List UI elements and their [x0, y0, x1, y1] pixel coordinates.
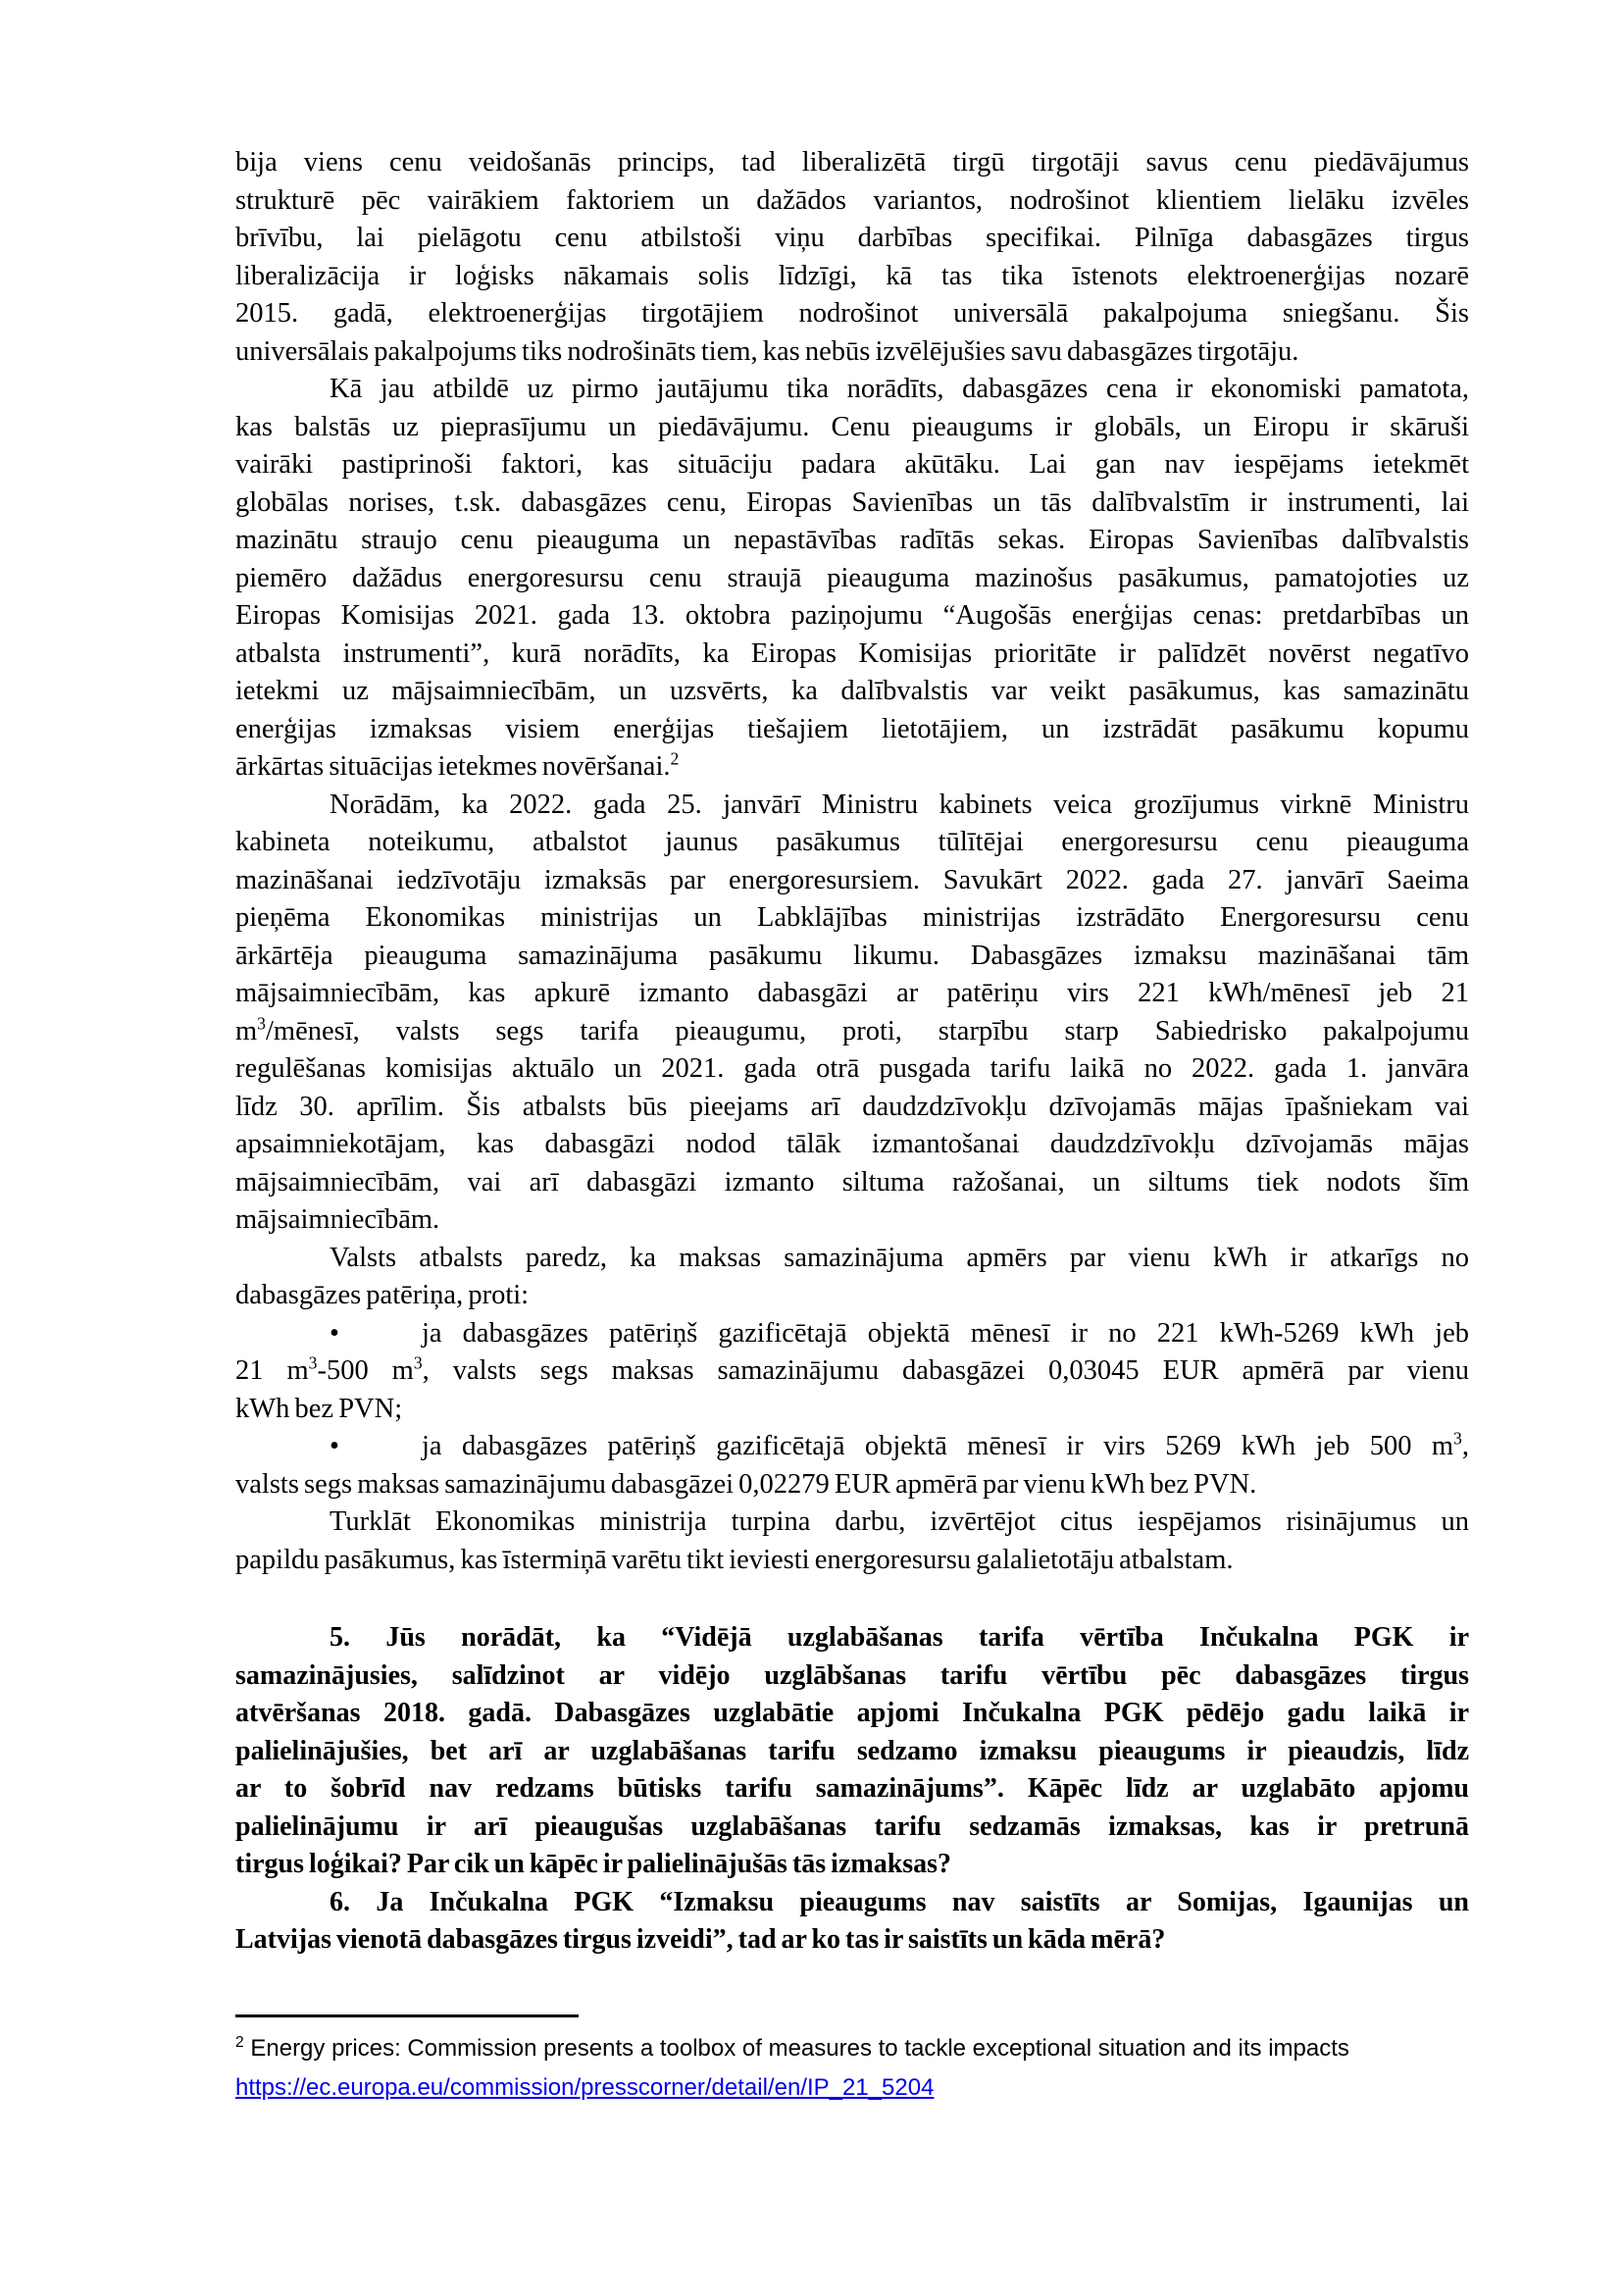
text-line: Norādām, ka 2022. gada 25. janvārī Minis… — [235, 787, 1469, 825]
paragraph: Kā jau atbildē uz pirmo jautājumu tika n… — [235, 371, 1469, 787]
text-line: Eiropas Komisijas 2021. gada 13. oktobra… — [235, 597, 1469, 636]
text-line: ārkārtas situācijas ietekmes novēršanai.… — [235, 748, 1469, 787]
text-line: mājsaimniecībām. — [235, 1201, 1469, 1240]
text-line: Latvijas vienotā dabasgāzes tirgus izvei… — [235, 1921, 1469, 1960]
text-line: mazinātu straujo cenu pieauguma un nepas… — [235, 522, 1469, 560]
text-line: Kā jau atbildē uz pirmo jautājumu tika n… — [235, 371, 1469, 409]
bullet-item: •ja dabasgāzes patēriņš gazificētajā obj… — [235, 1428, 1469, 1504]
text-line: globālas norises, t.sk. dabasgāzes cenu,… — [235, 484, 1469, 523]
text-line: atbalsta instrumenti”, kurā norādīts, ka… — [235, 636, 1469, 674]
bullet-item: •ja dabasgāzes patēriņš gazificētajā obj… — [235, 1315, 1469, 1429]
text-line: kabineta noteikumu, atbalstot jaunus pas… — [235, 824, 1469, 862]
bullet-marker: • — [330, 1431, 339, 1461]
paragraph: Norādām, ka 2022. gada 25. janvārī Minis… — [235, 787, 1469, 1240]
text-line: enerģijas izmaksas visiem enerģijas tieš… — [235, 711, 1469, 749]
text-line: līdz 30. aprīlim. Šis atbalsts būs pieej… — [235, 1089, 1469, 1127]
text-line: 21 m3-500 m3, valsts segs maksas samazin… — [235, 1352, 1469, 1391]
question-paragraph: 5. Jūs norādāt, ka “Vidējā uzglabāšanas … — [235, 1619, 1469, 1884]
text-line: samazinājusies, salīdzinot ar vidējo uzg… — [235, 1657, 1469, 1696]
text-line: mājsaimniecībām, kas apkurē izmanto daba… — [235, 975, 1469, 1013]
text-line: 5. Jūs norādāt, ka “Vidējā uzglabāšanas … — [235, 1619, 1469, 1657]
text-line: Valsts atbalsts paredz, ka maksas samazi… — [235, 1240, 1469, 1278]
text-line: tirgus loģikai? Par cik un kāpēc ir pali… — [235, 1846, 1469, 1884]
text-line: pieņēma Ekonomikas ministrijas un Labklā… — [235, 899, 1469, 938]
text-line: ar to šobrīd nav redzams būtisks tarifu … — [235, 1770, 1469, 1809]
text-line: kWh bez PVN; — [235, 1391, 1469, 1429]
document-body: bija viens cenu veidošanās princips, tad… — [235, 144, 1469, 1960]
question-paragraph: 6. Ja Inčukalna PGK “Izmaksu pieaugums n… — [235, 1884, 1469, 1960]
text-line: 2015. gadā, elektroenerģijas tirgotājiem… — [235, 295, 1469, 333]
text-line: liberalizācija ir loģisks nākamais solis… — [235, 258, 1469, 296]
text-line: vairāki pastiprinoši faktori, kas situāc… — [235, 446, 1469, 484]
text-line: dabasgāzes patēriņa, proti: — [235, 1277, 1469, 1315]
text-line: 6. Ja Inčukalna PGK “Izmaksu pieaugums n… — [235, 1884, 1469, 1922]
paragraph: Turklāt Ekonomikas ministrija turpina da… — [235, 1504, 1469, 1579]
text-line: strukturē pēc vairākiem faktoriem un daž… — [235, 182, 1469, 221]
footnote-link-line: https://ec.europa.eu/commission/presscor… — [235, 2068, 1469, 2108]
text-line: universālais pakalpojums tiks nodrošināt… — [235, 333, 1469, 372]
text-line: kas balstās uz pieprasījumu un piedāvāju… — [235, 409, 1469, 447]
text-line: mājsaimniecībām, vai arī dabasgāzi izman… — [235, 1164, 1469, 1202]
text-line: brīvību, lai pielāgotu cenu atbilstoši v… — [235, 220, 1469, 258]
text-line: piemēro dažādus energoresursu cenu strau… — [235, 560, 1469, 598]
text-line: papildu pasākumus, kas īstermiņā varētu … — [235, 1542, 1469, 1580]
footnote-link[interactable]: https://ec.europa.eu/commission/presscor… — [235, 2074, 934, 2101]
text-line: palielinājušies, bet arī ar uzglabāšanas… — [235, 1733, 1469, 1771]
footnote-separator — [235, 2014, 579, 2017]
bullet-marker: • — [330, 1318, 339, 1349]
text-line: •ja dabasgāzes patēriņš gazificētajā obj… — [235, 1428, 1469, 1466]
text-line: mazināšanai iedzīvotāju izmaksās par ene… — [235, 862, 1469, 900]
paragraph: bija viens cenu veidošanās princips, tad… — [235, 144, 1469, 371]
text-line: ietekmi uz mājsaimniecībām, un uzsvērts,… — [235, 673, 1469, 711]
footnote-area: 2 Energy prices: Commission presents a t… — [235, 2014, 1469, 2108]
text-line: atvēršanas 2018. gadā. Dabasgāzes uzglab… — [235, 1695, 1469, 1733]
footnote-ref-marker: 2 — [235, 2034, 244, 2051]
text-line: apsaimniekotājam, kas dabasgāzi nodod tā… — [235, 1126, 1469, 1164]
text-line: valsts segs maksas samazinājumu dabasgāz… — [235, 1466, 1469, 1504]
text-line: bija viens cenu veidošanās princips, tad… — [235, 144, 1469, 182]
text-line: ārkārtēja pieauguma samazinājuma pasākum… — [235, 938, 1469, 976]
footnote-text-content: Energy prices: Commission presents a too… — [250, 2035, 1349, 2062]
text-line: Turklāt Ekonomikas ministrija turpina da… — [235, 1504, 1469, 1542]
paragraph: Valsts atbalsts paredz, ka maksas samazi… — [235, 1240, 1469, 1315]
text-line: regulēšanas komisijas aktuālo un 2021. g… — [235, 1050, 1469, 1089]
text-line: •ja dabasgāzes patēriņš gazificētajā obj… — [235, 1315, 1469, 1353]
text-line: palielinājumu ir arī pieaugušas uzglabāš… — [235, 1809, 1469, 1847]
footnote-text: 2 Energy prices: Commission presents a t… — [235, 2029, 1469, 2068]
text-line: m3/mēnesī, valsts segs tarifa pieaugumu,… — [235, 1013, 1469, 1051]
